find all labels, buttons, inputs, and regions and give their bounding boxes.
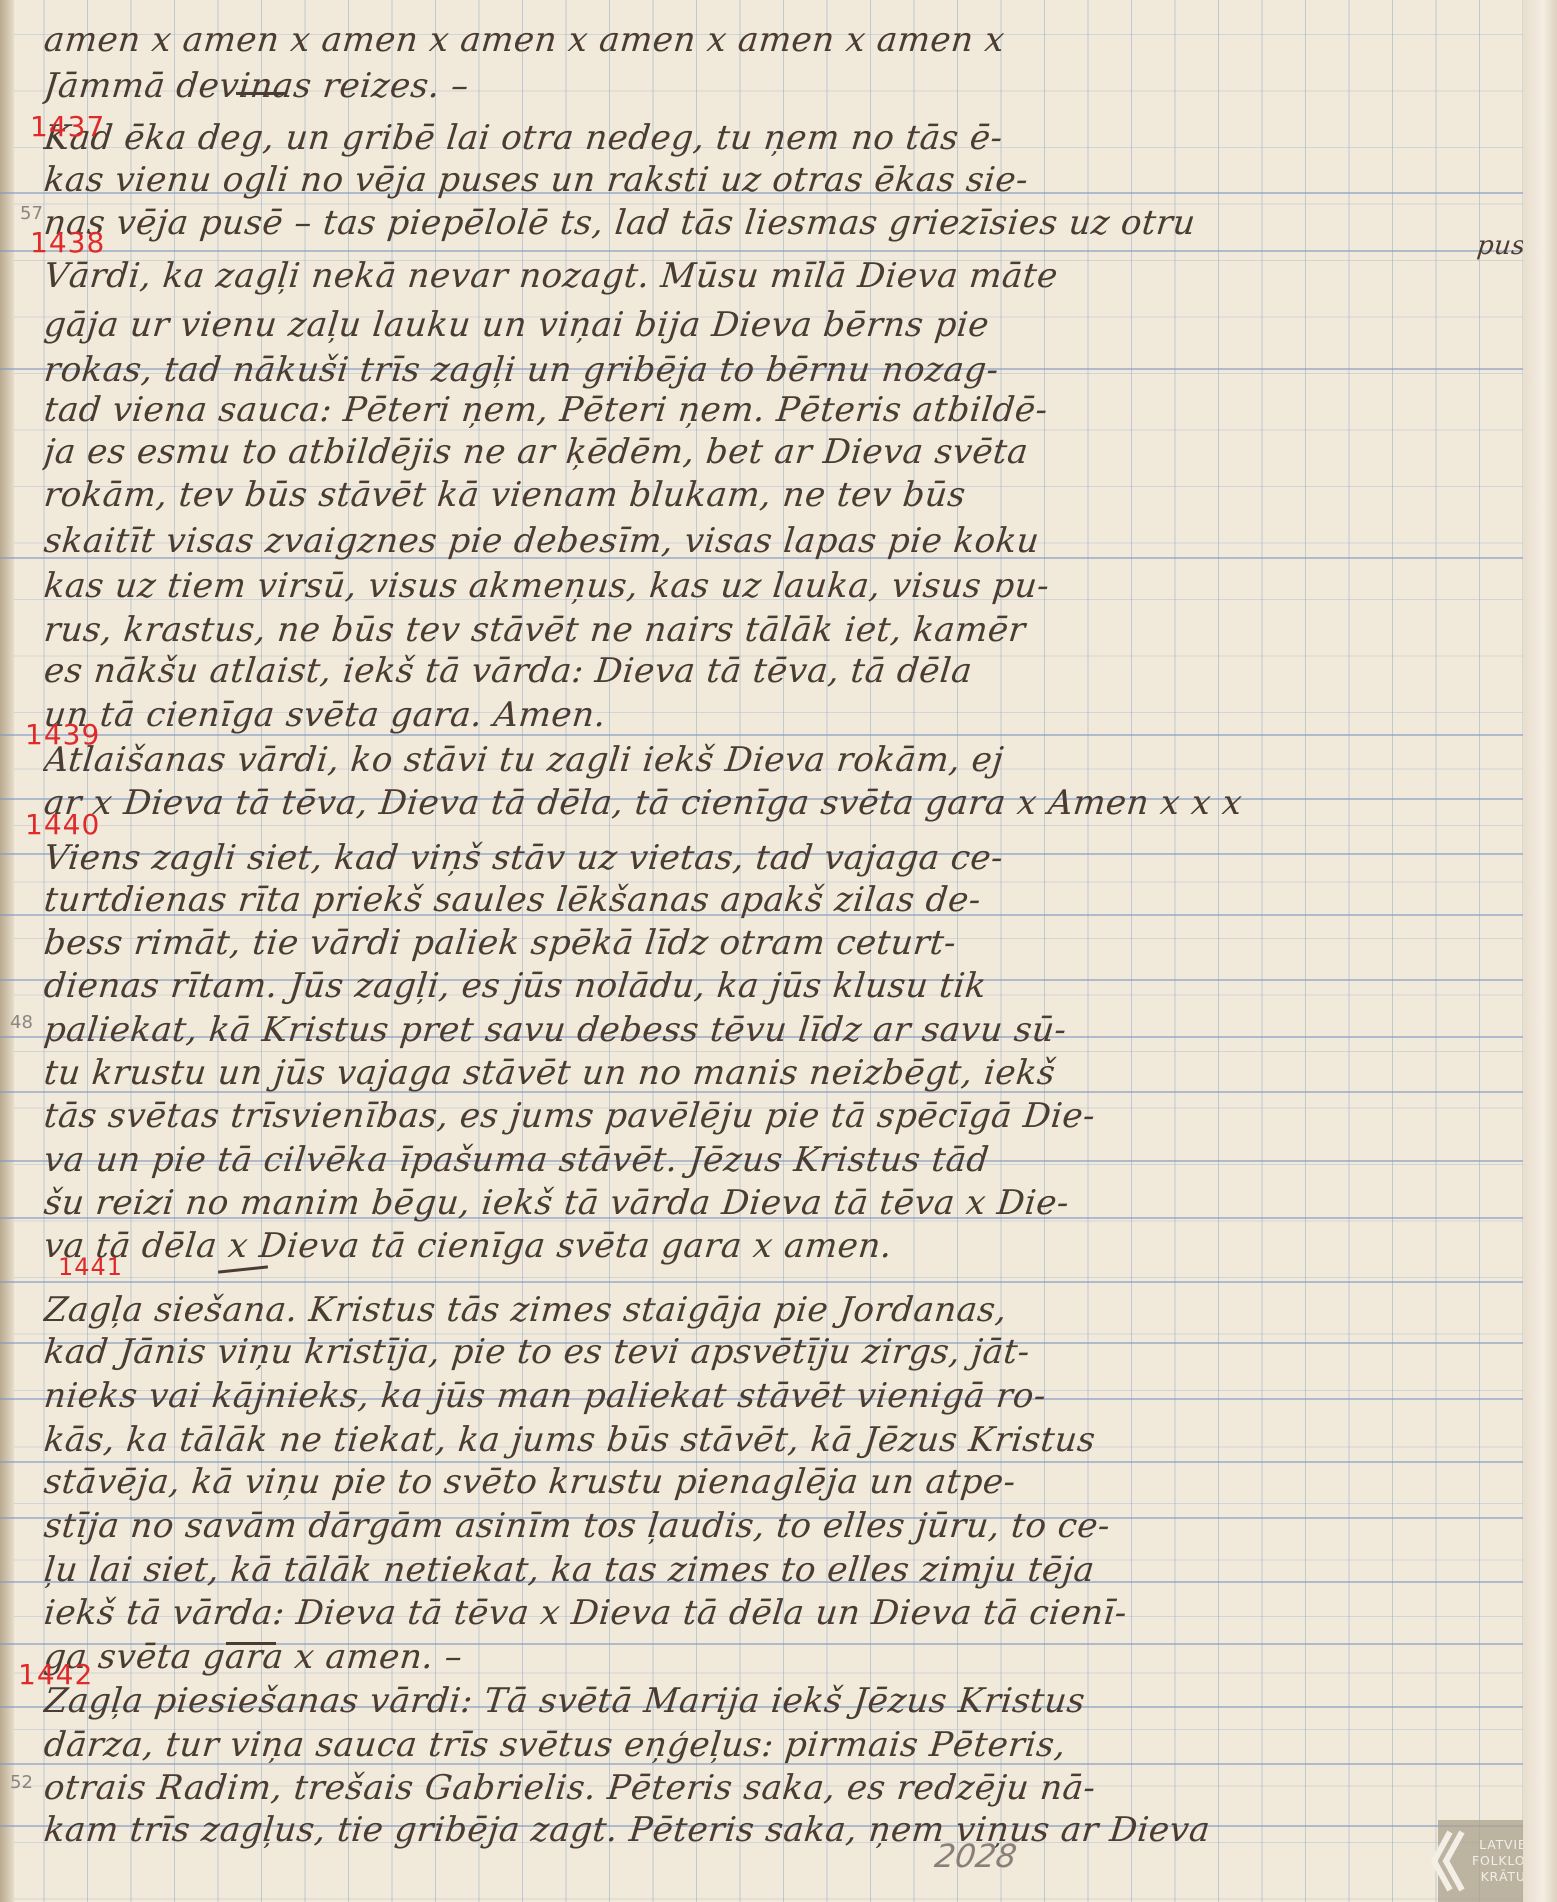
manuscript-line: ja es esmu to atbildējis ne ar ķēdēm, be… (42, 432, 1516, 472)
pencil-page-number: 48 (10, 1012, 33, 1033)
manuscript-line: iekš tā vārda: Dieva tā tēva x Dieva tā … (42, 1593, 1516, 1633)
notebook-page: amen x amen x amen x amen x amen x amen … (0, 0, 1557, 1902)
manuscript-line: stīja no savām dārgām asinīm tos ļaudis,… (42, 1506, 1516, 1546)
manuscript-line: Zagļa piesiešanas vārdi: Tā svētā Marija… (42, 1681, 1516, 1721)
entry-number-1439: 1439 (25, 718, 100, 751)
manuscript-line: ļu lai siet, kā tālāk netiekat, ka tas z… (42, 1550, 1516, 1590)
section-divider (218, 1265, 268, 1273)
ruled-line (0, 250, 1557, 252)
ruled-line (0, 1281, 1557, 1283)
manuscript-line: amen x amen x amen x amen x amen x amen … (42, 20, 1516, 60)
manuscript-line: ar x Dieva tā tēva, Dieva tā dēla, tā ci… (42, 783, 1516, 823)
manuscript-line: rokas, tad nākuši trīs zagļi un gribēja … (42, 350, 1516, 390)
manuscript-line: tad viena sauca: Pēteri ņem, Pēteri ņem.… (42, 390, 1516, 430)
entry-number-1441: 1441 (58, 1253, 123, 1281)
manuscript-line: turtdienas rīta priekš saules lēkšanas a… (42, 880, 1516, 920)
manuscript-line: otrais Radim, trešais Gabrielis. Pēteris… (42, 1768, 1516, 1808)
pencil-page-number: 52 (10, 1772, 33, 1793)
manuscript-line: Atlaišanas vārdi, ko stāvi tu zagli iekš… (42, 740, 1516, 780)
lfk-logo-icon (1428, 1820, 1468, 1902)
manuscript-line: kās, ka tālāk ne tiekat, ka jums būs stā… (42, 1420, 1516, 1460)
section-divider (226, 1642, 276, 1645)
entry-number-1442: 1442 (18, 1658, 93, 1691)
archive-logo: LATVIEŠU FOLKLORAS KRĀTUVE (1438, 1820, 1557, 1902)
manuscript-line: kad Jānis viņu kristīja, pie to es tevi … (42, 1332, 1516, 1372)
manuscript-line: nieks vai kājnieks, ka jūs man paliekat … (42, 1376, 1516, 1416)
manuscript-line: tās svētas trīsvienības, es jums pavēlēj… (42, 1096, 1516, 1136)
manuscript-line: kas vienu ogli no vēja puses un raksti u… (42, 160, 1516, 200)
manuscript-line: un tā cienīga svēta gara. Amen. (42, 695, 1516, 735)
manuscript-line: dārza, tur viņa sauca trīs svētus eņģeļu… (42, 1725, 1516, 1765)
entry-number-1438: 1438 (30, 226, 105, 259)
manuscript-line: skaitīt visas zvaigznes pie debesīm, vis… (42, 521, 1516, 561)
entry-number-1440: 1440 (25, 808, 100, 841)
manuscript-line: tu krustu un jūs vajaga stāvēt un no man… (42, 1053, 1516, 1093)
logo-line: FOLKLORAS (1472, 1853, 1552, 1869)
manuscript-line: rokām, tev būs stāvēt kā vienam blukam, … (42, 475, 1516, 515)
pencil-page-number: 57 (20, 203, 43, 224)
manuscript-line: Viens zagli siet, kad viņš stāv uz vieta… (42, 838, 1516, 878)
manuscript-line: kam trīs zagļus, tie gribēja zagt. Pēter… (42, 1810, 1516, 1850)
logo-text: LATVIEŠU FOLKLORAS KRĀTUVE (1472, 1837, 1552, 1885)
manuscript-line: gāja ur vienu zaļu lauku un viņai bija D… (42, 305, 1516, 345)
logo-line: KRĀTUVE (1481, 1869, 1544, 1885)
manuscript-line: stāvēja, kā viņu pie to svēto krustu pie… (42, 1462, 1516, 1502)
archive-number: 2028 (932, 1837, 1019, 1875)
manuscript-line: rus, krastus, ne būs tev stāvēt ne nairs… (42, 610, 1516, 650)
entry-number-1437: 1437 (30, 110, 105, 143)
manuscript-line: paliekat, kā Kristus pret savu debess tē… (42, 1010, 1516, 1050)
manuscript-line: Jāmmā devinas reizes. – (42, 66, 1516, 106)
manuscript-line: bess rimāt, tie vārdi paliek spēkā līdz … (42, 923, 1516, 963)
manuscript-line: Vārdi, ka zagļi nekā nevar nozagt. Mūsu … (42, 256, 1516, 296)
manuscript-line: Zagļa siešana. Kristus tās zimes staigāj… (42, 1290, 1516, 1330)
manuscript-line: Kad ēka deg, un gribē lai otra nedeg, tu… (42, 118, 1516, 158)
logo-line: LATVIEŠU (1479, 1837, 1545, 1853)
manuscript-line: va tā dēla x Dieva tā cienīga svēta gara… (42, 1226, 1516, 1266)
section-divider (236, 92, 286, 95)
manuscript-line: dienas rītam. Jūs zagļi, es jūs nolādu, … (42, 966, 1516, 1006)
manuscript-line: kas uz tiem virsū, visus akmeņus, kas uz… (42, 566, 1516, 606)
manuscript-line: es nākšu atlaist, iekš tā vārda: Dieva t… (42, 651, 1516, 691)
manuscript-line: šu reizi no manim bēgu, iekš tā vārda Di… (42, 1183, 1516, 1223)
manuscript-line: nas vēja pusē – tas piepēlolē ts, lad tā… (42, 203, 1516, 243)
manuscript-line: va un pie tā cilvēka īpašuma stāvēt. Jēz… (42, 1140, 1516, 1180)
